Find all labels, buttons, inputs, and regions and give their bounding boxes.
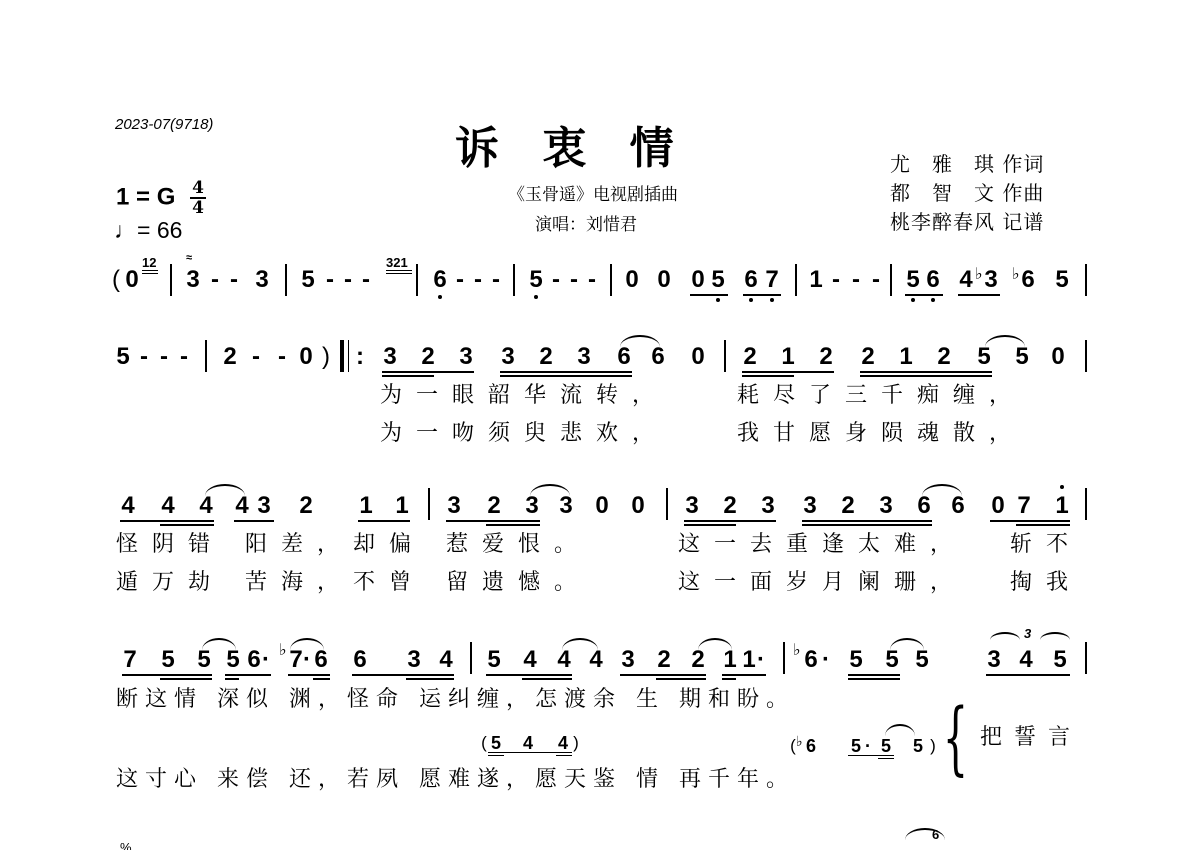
lyric-l4-v2: 这寸心 来偿 还，若夙 愿难遂，愿天鉴 情 再千年。 bbox=[116, 768, 795, 792]
song-title: 诉 衷 情 bbox=[455, 112, 674, 176]
brace-icon: { bbox=[943, 698, 968, 778]
segno-icon: % bbox=[120, 840, 132, 850]
lyric-l3-v2-b: 这一面岁月阑珊， bbox=[678, 571, 966, 595]
singer: 演唱：刘惜君 bbox=[535, 210, 637, 235]
tempo-value: = 66 bbox=[137, 217, 182, 243]
key-label: 1 = G bbox=[116, 183, 175, 210]
key-signature: 1 = G 4 4 bbox=[116, 180, 206, 216]
lyric-l3-v1-c: 斩不 bbox=[1010, 533, 1082, 557]
lyric-l4-v1: 断这情 深似 渊，怪命 运纠缠，怎渡余 生 期和盼。 bbox=[116, 688, 795, 712]
composer-credit: 都 智 文 作曲 bbox=[890, 177, 1044, 206]
transcriber-credit: 桃李醉春风 记谱 bbox=[890, 206, 1044, 235]
lyric-l2-v1-b: 耗尽了三千痴缠， bbox=[737, 384, 1025, 408]
lyric-l3-v1-a: 怪阴错 阳差，却偏 惹爱恨。 bbox=[116, 533, 590, 557]
quarter-note-icon: ♩ bbox=[114, 217, 137, 243]
time-signature: 4 4 bbox=[190, 180, 206, 216]
catalog-id: 2023-07(9718) bbox=[115, 116, 213, 133]
triplet-mark: 3 bbox=[1024, 626, 1031, 641]
lyric-l3-v2-a: 遁万劫 苦海，不曾 留遗憾。 bbox=[116, 571, 590, 595]
lyric-l2-v2-b: 我甘愿身陨魂散， bbox=[737, 422, 1025, 446]
lyric-l2-v1-a: 为一眼韶华流转， bbox=[380, 384, 668, 408]
lyric-continuation: 把誓言 bbox=[980, 726, 1082, 750]
time-sig-top: 4 bbox=[190, 180, 206, 196]
lyricist-credit: 尤 雅 琪 作词 bbox=[890, 148, 1044, 177]
lyric-l3-v2-c: 掏我 bbox=[1010, 571, 1082, 595]
subtitle: 《玉骨遥》电视剧插曲 bbox=[508, 180, 678, 205]
lyric-l3-v1-b: 这一去重逢太难， bbox=[678, 533, 966, 557]
time-sig-bottom: 4 bbox=[190, 200, 206, 216]
lyric-l2-v2-a: 为一吻须臾悲欢， bbox=[380, 422, 668, 446]
tempo-marking: ♩= 66 bbox=[114, 217, 182, 244]
